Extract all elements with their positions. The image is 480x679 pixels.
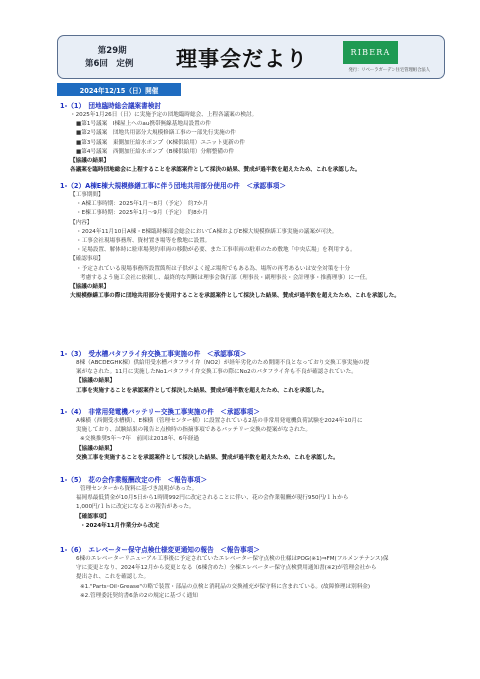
note-text: ※交換推奨5年～7年 前回は2018年、6年経過 <box>60 435 440 444</box>
section-title: 1-（3） 受水槽バタフライ弁交換工事実施の件 ＜承認事項＞ <box>60 349 440 359</box>
result-label: 【協議の結果】 <box>60 445 440 454</box>
confirm-text: ・2024年11月作業分から改定 <box>60 522 440 531</box>
period-number: 第29期 <box>85 45 133 58</box>
session-label: 第6回 定例 <box>85 58 133 71</box>
period-label: 【工事期間】 <box>60 191 440 200</box>
section-1: 1-（1） 団地臨時総会議案書検討 ・2025年1月26日（日）に実施予定の団地… <box>60 101 440 175</box>
section-title: 1-（2）A棟E棟大規模修繕工事に伴う団地共用部分使用の件 ＜承認事項＞ <box>60 181 440 191</box>
section-title: 1-（4） 非常用発電機バッテリー交換工事実施の件 ＜承認事項＞ <box>60 407 440 417</box>
text-line: ・足場設置、解体時に駐車場契約車両の移動が必要、また工事車両の駐車のため敷地「中… <box>60 246 440 255</box>
text-line: A棟横（西側受水槽横）、E棟横（管理センター横）に設置されている2基の非常用発電… <box>60 417 440 426</box>
confirm-label: 【確認事項】 <box>60 513 440 522</box>
confirm-label: 【確認事項】 <box>60 255 440 264</box>
logo-text: RIBERA <box>351 48 391 57</box>
result-text: 工事を実施することを承認案件として採決した結果、賛成が過半数を超えたため、これを… <box>60 387 440 396</box>
newsletter-page: 第29期 第6回 定例 理事会だより RIBERA 発行：リベーラガーデン住宅管… <box>0 0 480 679</box>
agenda-item: ■第4号議案 西側加圧給水ポンプ（B棟供給用）分解整備の件 <box>60 148 440 157</box>
result-label: 【協議の結果】 <box>60 377 440 386</box>
result-text: 大規模修繕工事の際に団地共用部分を使用することを承認案件として採決した結果、賛成… <box>60 292 430 301</box>
section-2: 1-（2）A棟E棟大規模修繕工事に伴う団地共用部分使用の件 ＜承認事項＞ 【工事… <box>60 181 440 301</box>
result-text: 交換工事を実施することを承認案件として採決した結果、賛成が過半数を超えたため、こ… <box>60 454 440 463</box>
page-title: 理事会だより <box>176 43 308 73</box>
note-text: ※1."Parts･Oil･Grease"の略で装置・部品の点検と消耗品の交換補… <box>60 583 440 592</box>
text-line: 守に変更となり、2024年12月から変更となる（6棟含めた）全棟エレベーター保守… <box>60 564 440 573</box>
text-line: ・2025年1月26日（日）に実施予定の団地臨時総会、上程各議案の検討。 <box>60 111 440 120</box>
text-line: 1,000円/１ｈに改定になるとの報告があった。 <box>60 503 440 512</box>
content-label: 【内容】 <box>60 219 440 228</box>
section-3: 1-（3） 受水槽バタフライ弁交換工事実施の件 ＜承認事項＞ 8棟（ABCDEG… <box>60 349 440 396</box>
section-6: 1-（6） エレベーター保守点検仕様変更通知の報告 ＜報告事項＞ 6棟のエレベー… <box>60 545 440 601</box>
text-line: 提出され、これを確認した。 <box>60 573 440 582</box>
section-5: 1-（5） 花の会作業報酬改定の件 ＜報告事項＞ 管理センターから資料に基づき説… <box>60 475 440 531</box>
text-line: 案がなされた。11月に実施したNo1バタフライ弁交換工事の際にNo2のバタフライ… <box>60 368 440 377</box>
header-box: 第29期 第6回 定例 理事会だより RIBERA 発行：リベーラガーデン住宅管… <box>57 35 445 79</box>
result-text: 各議案を臨時団地総会に上程することを承認案件として採決の結果、賛成が過半数を超え… <box>60 166 440 175</box>
period-block: 第29期 第6回 定例 <box>85 45 133 71</box>
text-line: ・予定されている現場事務所設置箇所は子供がよく遊ぶ場所でもある為、場所の再考ある… <box>60 265 440 274</box>
section-title: 1-（1） 団地臨時総会議案書検討 <box>60 101 440 111</box>
publisher-text: 発行：リベーラガーデン住宅管理組合法人 <box>349 67 430 73</box>
section-title: 1-（6） エレベーター保守点検仕様変更通知の報告 ＜報告事項＞ <box>60 545 440 555</box>
text-line: 6棟のエレベーターリニューアル工事後に予定されていたエレベーター保守点検の仕様は… <box>60 555 440 564</box>
section-4: 1-（4） 非常用発電機バッテリー交換工事実施の件 ＜承認事項＞ A棟横（西側受… <box>60 407 440 463</box>
text-line: ・E棟工事時期：2025年1月～9月（予定） 約8か月 <box>60 209 440 218</box>
ribera-logo: RIBERA <box>343 41 398 64</box>
text-line: 8棟（ABCDEGHK棟）供給用受水槽バタフライ弁（NO2）が経年劣化のため開閉… <box>60 359 440 368</box>
agenda-item: ■第1号議案 I棟屋上へのau携帯無線基地局設置の件 <box>60 120 440 129</box>
result-label: 【協議の結果】 <box>60 283 440 292</box>
agenda-item: ■第2号議案 団地共用部分大規模修繕工事の一部先行実施の件 <box>60 129 440 138</box>
text-line: 管理センターから資料に基づき説明があった。 <box>60 485 440 494</box>
text-line: 考慮するよう施工会社に依頼し、最終的な判断は理事会執行部（理事長・副理事長・会計… <box>60 274 440 283</box>
result-label: 【協議の結果】 <box>60 157 440 166</box>
agenda-item: ■第3号議案 東側加圧給水ポンプ（K棟供給用）ユニット更新の件 <box>60 139 440 148</box>
section-title: 1-（5） 花の会作業報酬改定の件 ＜報告事項＞ <box>60 475 440 485</box>
note-text: ※2.管理委託契約書6条の2の規定に基づく通知 <box>60 592 440 601</box>
text-line: ・2024年11月10日A棟・E棟臨時棟部会総会においてA棟およびE棟大規模修繕… <box>60 228 440 237</box>
text-line: ・A棟工事時期：2025年1月～8月（予定） 約7か月 <box>60 200 440 209</box>
date-banner: 2024年12/15（日）開催 <box>57 83 181 96</box>
text-line: 実施しており、試験結果の報告と点検時の指摘事項であるバッテリー交換の提案がなされ… <box>60 426 440 435</box>
text-line: ・工事会社現場事務所、資材置き場等を敷地に設置。 <box>60 237 440 246</box>
text-line: 福岡県最低賃金が10月5日から1時間992円に改定されることに伴い、花の会作業報… <box>60 494 440 503</box>
